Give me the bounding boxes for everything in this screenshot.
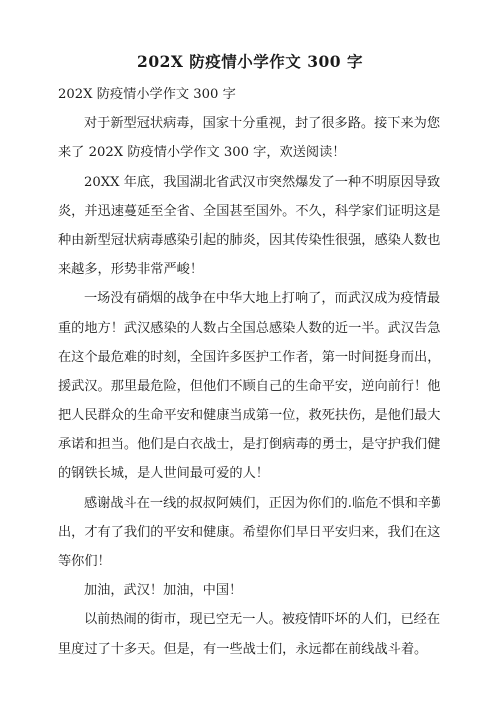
paragraph-line: 以前热闹的街市，现已空无一人。被疫情吓坏的人们，已经在家 — [58, 605, 440, 634]
paragraph-line: 一场没有硝烟的战争在中华大地上打响了，而武汉成为疫情最严 — [58, 284, 440, 313]
paragraph-line: 20XX 年底，我国湖北省武汉市突然爆发了一种不明原因导致的肺 — [58, 168, 440, 197]
paragraph-line: 感谢战斗在一线的叔叔阿姨们，正因为你们的.临危不惧和辛勤付 — [58, 489, 440, 518]
document-page: 202X 防疫情小学作文 300 字 202X 防疫情小学作文 300 字 对于… — [0, 0, 500, 707]
paragraph-line: 加油，武汉！加油，中国！ — [58, 576, 440, 605]
paragraph-line: 来了 202X 防疫情小学作文 300 字，欢送阅读！ — [58, 138, 440, 167]
paragraph-line: 在这个最危难的时刻，全国许多医护工作者，第一时间挺身而出，支 — [58, 343, 440, 372]
paragraph-3: 一场没有硝烟的战争在中华大地上打响了，而武汉成为疫情最严 重的地方！武汉感染的人… — [58, 284, 440, 488]
paragraph-line: 把人民群众的生命平安和健康当成第一位，救死扶伤，是他们最大的 — [58, 401, 440, 430]
paragraph-5: 加油，武汉！加油，中国！ — [58, 576, 440, 605]
paragraph-line: 等你们！ — [58, 547, 440, 576]
document-subtitle: 202X 防疫情小学作文 300 字 — [58, 80, 440, 109]
paragraph-line: 炎，并迅速蔓延至全省、全国甚至国外。不久，科学家们证明这是一 — [58, 197, 440, 226]
paragraph-1: 对于新型冠状病毒，国家十分重视，封了很多路。接下来为您带 来了 202X 防疫情… — [58, 109, 440, 167]
document-title: 202X 防疫情小学作文 300 字 — [0, 50, 500, 72]
paragraph-2: 20XX 年底，我国湖北省武汉市突然爆发了一种不明原因导致的肺 炎，并迅速蔓延至… — [58, 168, 440, 285]
paragraph-line: 来越多，形势非常严峻！ — [58, 255, 440, 284]
paragraph-line: 承诺和担当。他们是白衣战士，是打倒病毒的勇士，是守护我们健康 — [58, 430, 440, 459]
document-body: 202X 防疫情小学作文 300 字 对于新型冠状病毒，国家十分重视，封了很多路… — [58, 80, 440, 664]
paragraph-line: 对于新型冠状病毒，国家十分重视，封了很多路。接下来为您带 — [58, 109, 440, 138]
paragraph-line: 里度过了十多天。但是，有一些战士们，永远都在前线战斗着。 — [58, 635, 440, 664]
paragraph-4: 感谢战斗在一线的叔叔阿姨们，正因为你们的.临危不惧和辛勤付 出，才有了我们的平安… — [58, 489, 440, 577]
paragraph-line: 种由新型冠状病毒感染引起的肺炎，因其传染性很强，感染人数也越 — [58, 226, 440, 255]
paragraph-line: 出，才有了我们的平安和健康。希望你们早日平安归来，我们在这里 — [58, 518, 440, 547]
paragraph-6: 以前热闹的街市，现已空无一人。被疫情吓坏的人们，已经在家 里度过了十多天。但是，… — [58, 605, 440, 663]
paragraph-line: 的钢铁长城，是人世间最可爱的人！ — [58, 459, 440, 488]
paragraph-line: 重的地方！武汉感染的人数占全国总感染人数的近一半。武汉告急！ — [58, 314, 440, 343]
paragraph-line: 援武汉。那里最危险，但他们不顾自己的生命平安，逆向前行！他们 — [58, 372, 440, 401]
